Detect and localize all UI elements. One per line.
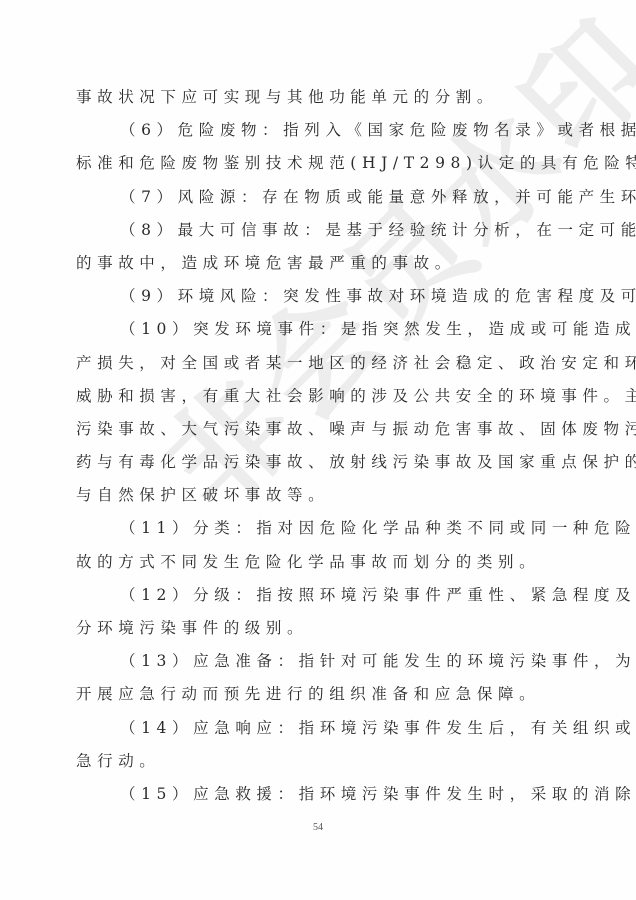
text-line: 威胁和损害，有重大社会影响的涉及公共安全的环境事件。主要类型有水 [76,380,558,413]
text-line: 故的方式不同发生危险化学品事故而划分的类别。 [76,546,558,579]
text-line: 污染事故、大气污染事故、噪声与振动危害事故、固体废物污染事故、农 [76,413,558,446]
text-line: （10）突发环境事件：是指突然发生，造成或可能造成人员伤亡、财 [76,313,558,346]
text-line: 产损失，对全国或者某一地区的经济社会稳定、政治安定和环境安全构成 [76,347,558,380]
text-line: （14）应急响应：指环境污染事件发生后，有关组织或人员采取的应 [76,712,558,745]
text-line: 与自然保护区破坏事故等。 [76,479,558,512]
text-line: （11）分类：指对因危险化学品种类不同或同一种危险化学品引起事 [76,512,558,545]
page-number: 54 [0,822,636,833]
text-line: 的事故中，造成环境危害最严重的事故。 [76,247,558,280]
text-line: 开展应急行动而预先进行的组织准备和应急保障。 [76,678,558,711]
text-line: 急行动。 [76,745,558,778]
text-line: （13）应急准备：指针对可能发生的环境污染事件，为迅速、有序地 [76,645,558,678]
document-page: 非会员水印 事故状况下应可实现与其他功能单元的分割。（6）危险废物：指列入《国家… [0,0,636,900]
text-line: （7）风险源：存在物质或能量意外释放，并可能产生环境危害的源。 [76,181,558,214]
text-line: 事故状况下应可实现与其他功能单元的分割。 [76,81,558,114]
text-line: 药与有毒化学品污染事故、放射线污染事故及国家重点保护的野生动植物 [76,446,558,479]
text-line: （9）环境风险：突发性事故对环境造成的危害程度及可能性。 [76,280,558,313]
text-line: 分环境污染事件的级别。 [76,612,558,645]
text-line: （8）最大可信事故：是基于经验统计分析，在一定可能性区间内发生 [76,214,558,247]
text-line: （15）应急救援：指环境污染事件发生时，采取的消除、减少事件危 [76,778,558,811]
text-line: （6）危险废物：指列入《国家危险废物名录》或者根据危险废物鉴别 [76,114,558,147]
body-text: 事故状况下应可实现与其他功能单元的分割。（6）危险废物：指列入《国家危险废物名录… [76,81,558,811]
text-line: （12）分级：指按照环境污染事件严重性、紧急程度及危害程度，划 [76,579,558,612]
text-line: 标准和危险废物鉴别技术规范(HJ/T298)认定的具有危险特性的固体废物。 [76,147,558,180]
